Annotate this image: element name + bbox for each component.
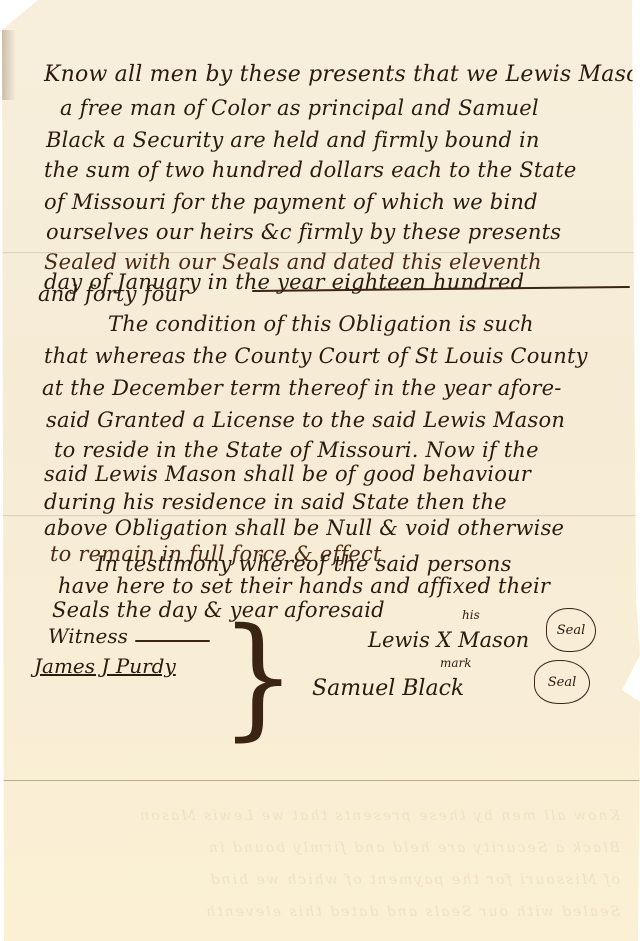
body-line: Seals the day & year aforesaid <box>52 598 385 622</box>
seal-label: Seal <box>548 675 577 690</box>
signatory-name: Samuel Black <box>312 676 464 701</box>
bleed-through-text: of Missouri for the payment of which we … <box>40 872 620 890</box>
paper-stain <box>2 30 16 100</box>
body-line: that whereas the County Court of St Loui… <box>44 344 588 368</box>
bleed-through-text: Know all men by these presents that we L… <box>40 808 620 826</box>
body-line: a free man of Color as principal and Sam… <box>60 96 539 120</box>
body-line: ourselves our heirs &c firmly by these p… <box>46 220 561 244</box>
body-line: of Missouri for the payment of which we … <box>44 190 538 214</box>
wax-seal-icon: Seal <box>534 660 590 704</box>
body-line: In testimony whereof the said persons <box>96 552 512 576</box>
body-line: The condition of this Obligation is such <box>108 312 534 336</box>
body-line: above Obligation shall be Null & void ot… <box>44 516 564 540</box>
body-line: to reside in the State of Missouri. Now … <box>54 438 539 462</box>
body-line: Black a Security are held and firmly bou… <box>46 128 540 152</box>
witness-signature: James J Purdy <box>34 654 176 678</box>
body-line: at the December term thereof in the year… <box>42 376 562 400</box>
signatory-name: Lewis X Mason <box>368 628 529 652</box>
witness-label: Witness <box>48 624 128 648</box>
body-line: Know all men by these presents that we L… <box>44 62 640 87</box>
manuscript-page: Know all men by these presents that we L… <box>0 0 640 941</box>
fold-line <box>0 780 640 781</box>
wax-seal-icon: Seal <box>546 608 596 652</box>
body-line: said Granted a License to the said Lewis… <box>46 408 565 432</box>
bleed-through-text: Black a Security are held and firmly bou… <box>40 840 620 858</box>
bleed-through-text: Sealed with our Seals and dated this ele… <box>40 904 620 922</box>
body-line: the sum of two hundred dollars each to t… <box>44 158 576 182</box>
body-line: during his residence in said State then … <box>44 490 507 514</box>
body-line: said Lewis Mason shall be of good behavi… <box>44 462 531 486</box>
mark-label: mark <box>440 656 472 670</box>
body-line: have here to set their hands and affixed… <box>58 574 550 598</box>
body-line: and forty four <box>38 282 188 306</box>
brace-mark: } <box>220 612 296 744</box>
witness-rule <box>135 640 210 642</box>
mark-label: his <box>462 608 480 622</box>
seal-label: Seal <box>557 623 586 638</box>
